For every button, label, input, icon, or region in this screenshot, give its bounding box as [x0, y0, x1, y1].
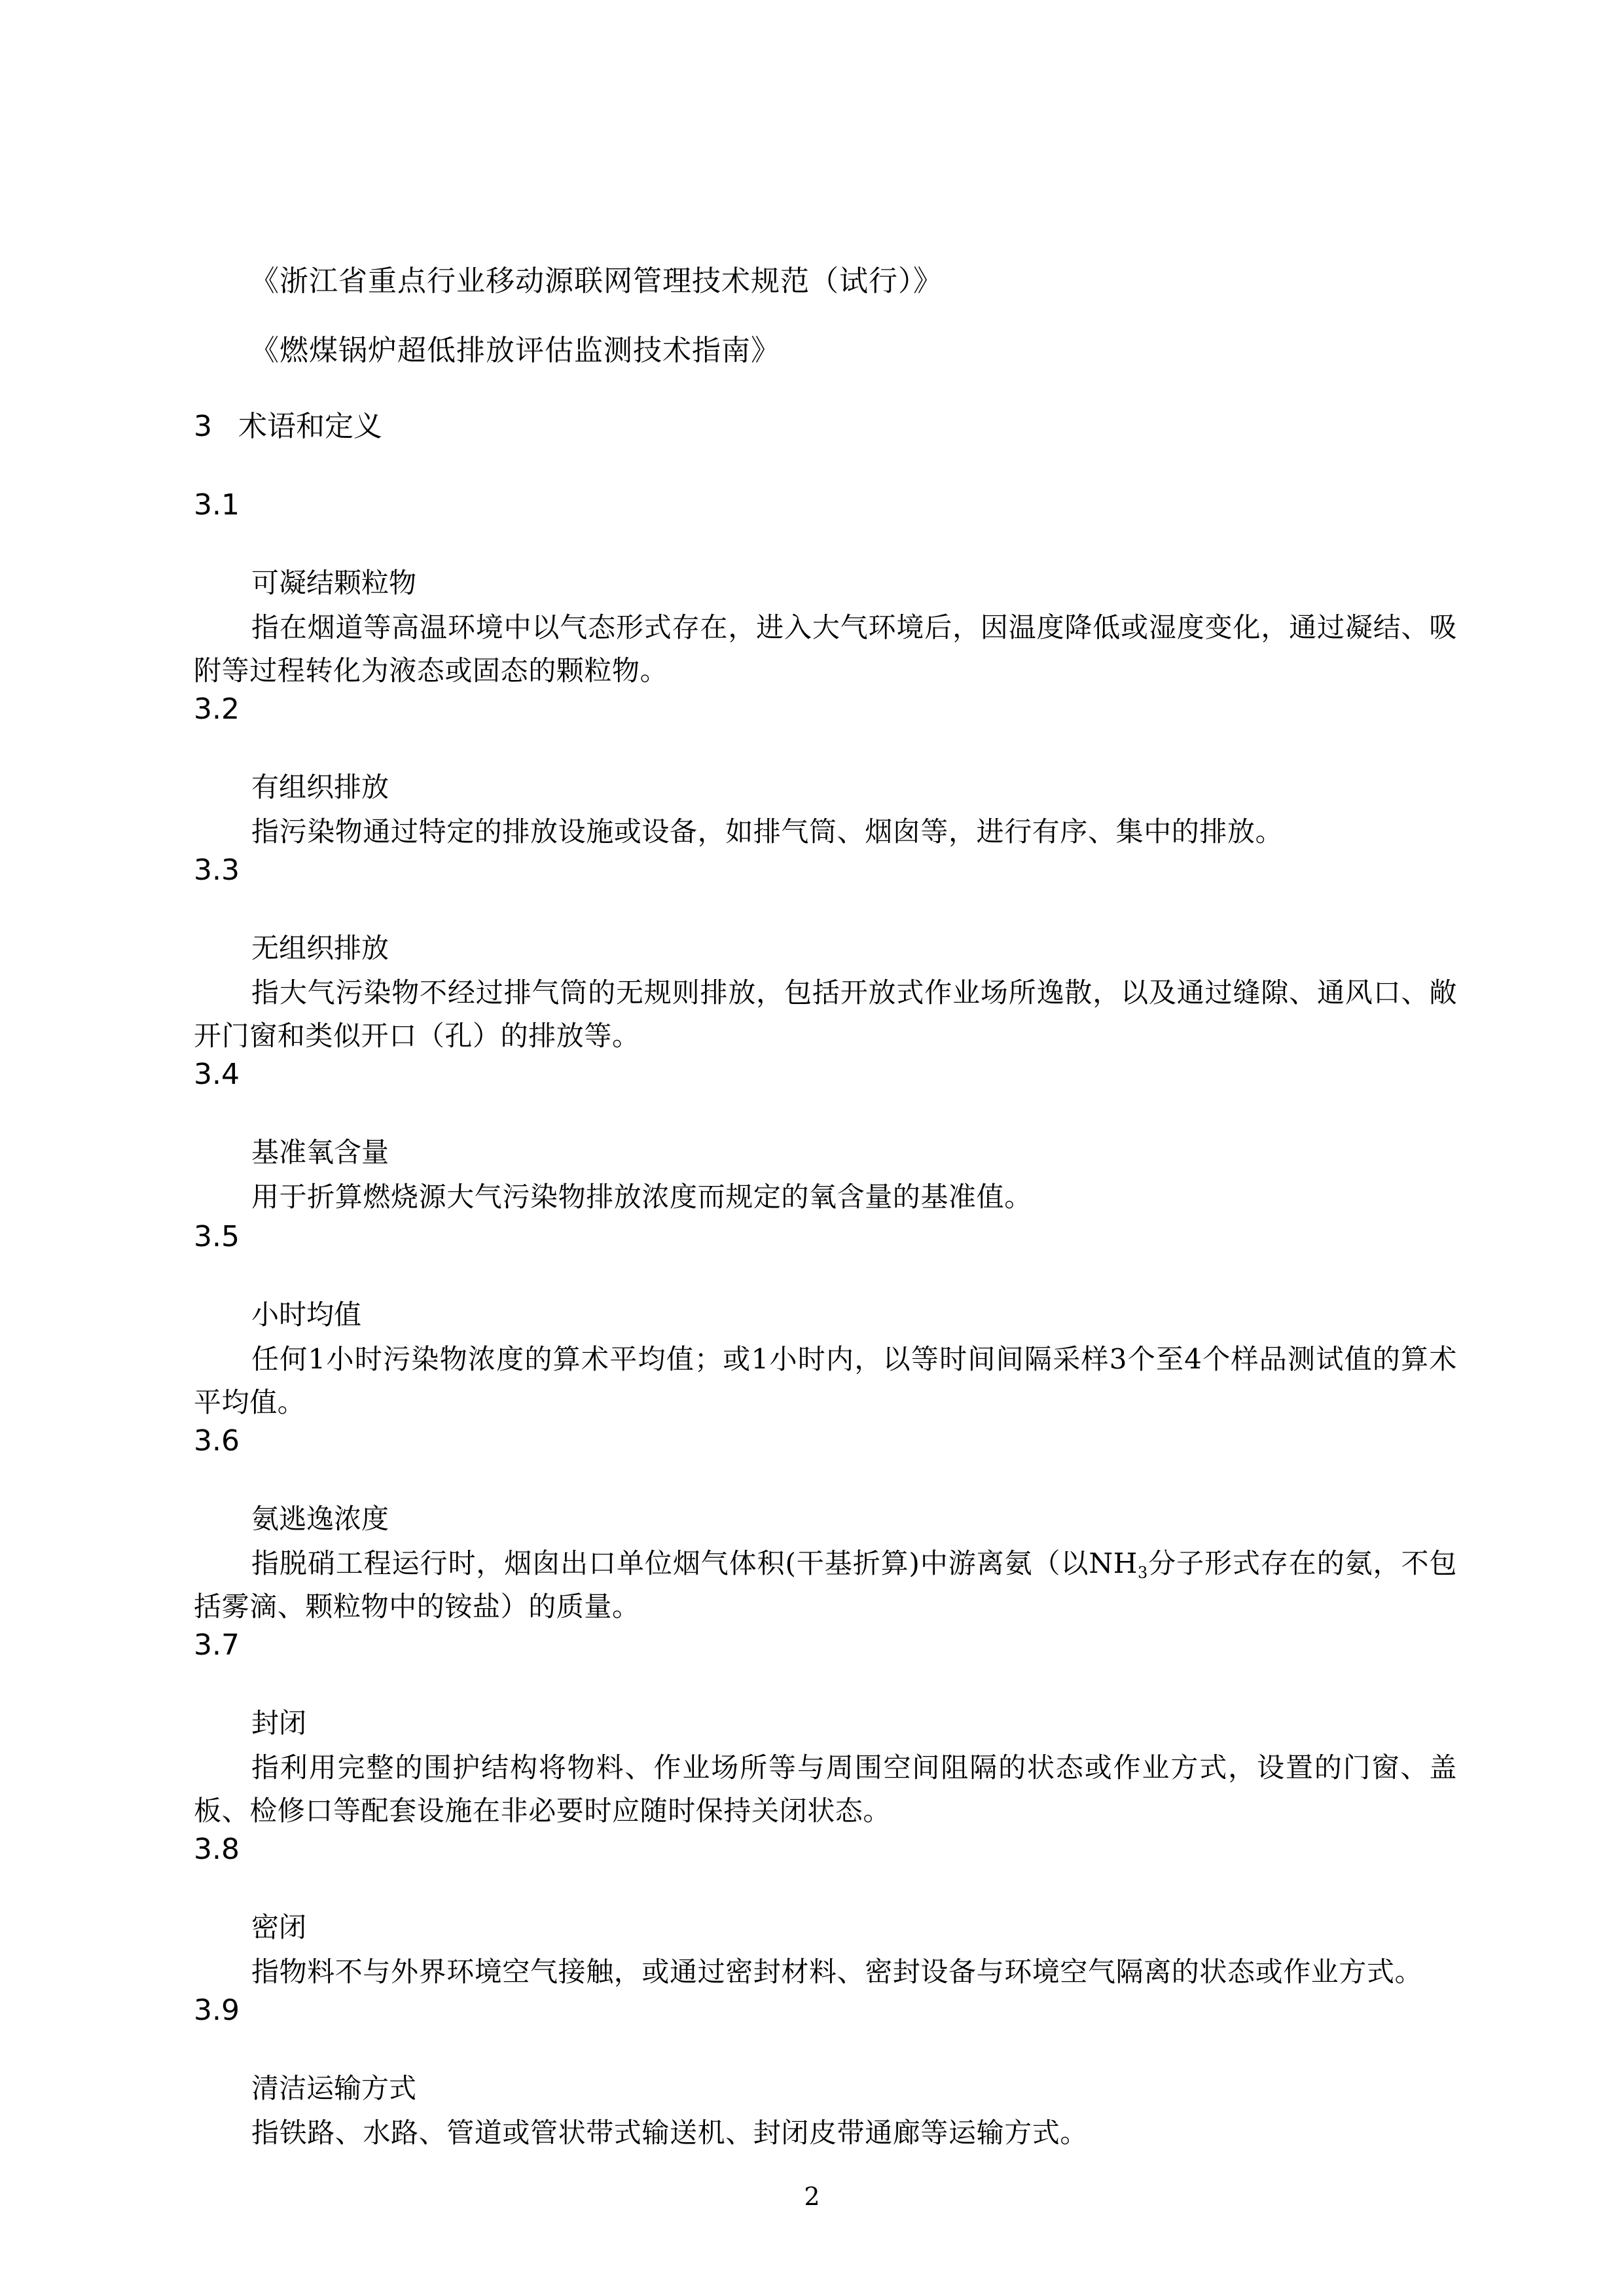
term-name: 封闭 [194, 1706, 1457, 1741]
document-page: 《浙江省重点行业移动源联网管理技术规范（试行）》 《燃煤锅炉超低排放评估监测技术… [0, 0, 1624, 2296]
section-number: 3.1 [194, 487, 1457, 524]
term-name: 清洁运输方式 [194, 2071, 1457, 2106]
section-number: 3.5 [194, 1219, 1457, 1255]
term-name: 可凝结颗粒物 [194, 565, 1457, 601]
section-number: 3.7 [194, 1627, 1457, 1664]
section-3-1: 3.1 可凝结颗粒物 指在烟道等高温环境中以气态形式存在，进入大气环境后，因温度… [194, 487, 1457, 692]
section-3-7: 3.7 封闭 指利用完整的围护结构将物料、作业场所等与周围空间阻隔的状态或作业方… [194, 1627, 1457, 1833]
section-number: 3.3 [194, 852, 1457, 889]
term-definition: 指物料不与外界环境空气接触，或通过密封材料、密封设备与环境空气隔离的状态或作业方… [194, 1950, 1457, 1994]
term-definition: 指污染物通过特定的排放设施或设备，如排气筒、烟囱等，进行有序、集中的排放。 [194, 810, 1457, 853]
section-number: 3.9 [194, 1992, 1457, 2029]
section-3-2: 3.2 有组织排放 指污染物通过特定的排放设施或设备，如排气筒、烟囱等，进行有序… [194, 691, 1457, 853]
reference-standard-2: 《燃煤锅炉超低排放评估监测技术指南》 [250, 332, 780, 369]
term-name: 无组织排放 [194, 931, 1457, 966]
term-definition: 指铁路、水路、管道或管状带式输送机、封闭皮带通廊等运输方式。 [194, 2111, 1457, 2155]
chapter-title: 术语和定义 [238, 410, 382, 443]
term-definition: 指利用完整的围护结构将物料、作业场所等与周围空间阻隔的状态或作业方式，设置的门窗… [194, 1746, 1457, 1833]
section-3-9: 3.9 清洁运输方式 指铁路、水路、管道或管状带式输送机、封闭皮带通廊等运输方式… [194, 1992, 1457, 2155]
section-number: 3.4 [194, 1056, 1457, 1093]
term-name: 有组织排放 [194, 770, 1457, 805]
section-3-8: 3.8 密闭 指物料不与外界环境空气接触，或通过密封材料、密封设备与环境空气隔离… [194, 1831, 1457, 1994]
section-3-6: 3.6 氨逃逸浓度 指脱硝工程运行时，烟囱出口单位烟气体积(干基折算)中游离氨（… [194, 1423, 1457, 1628]
reference-standard-1: 《浙江省重点行业移动源联网管理技术规范（试行）》 [250, 263, 943, 300]
definition-text-before: 指脱硝工程运行时，烟囱出口单位烟气体积(干基折算)中游离氨（以NH [251, 1547, 1138, 1579]
term-name: 基准氧含量 [194, 1135, 1457, 1170]
section-number: 3.8 [194, 1831, 1457, 1868]
section-number: 3.2 [194, 691, 1457, 728]
chapter-heading: 3术语和定义 [194, 408, 382, 445]
term-definition: 用于折算燃烧源大气污染物排放浓度而规定的氧含量的基准值。 [194, 1175, 1457, 1219]
section-3-4: 3.4 基准氧含量 用于折算燃烧源大气污染物排放浓度而规定的氧含量的基准值。 [194, 1056, 1457, 1219]
section-3-5: 3.5 小时均值 任何1小时污染物浓度的算术平均值；或1小时内，以等时间间隔采样… [194, 1219, 1457, 1424]
term-definition: 指大气污染物不经过排气筒的无规则排放，包括开放式作业场所逸散，以及通过缝隙、通风… [194, 971, 1457, 1058]
term-name: 小时均值 [194, 1297, 1457, 1333]
section-number: 3.6 [194, 1423, 1457, 1460]
subscript-3: 3 [1138, 1564, 1148, 1582]
term-definition: 任何1小时污染物浓度的算术平均值；或1小时内，以等时间间隔采样3个至4个样品测试… [194, 1338, 1457, 1424]
chapter-number: 3 [194, 408, 238, 445]
page-number: 2 [0, 2181, 1624, 2212]
section-3-3: 3.3 无组织排放 指大气污染物不经过排气筒的无规则排放，包括开放式作业场所逸散… [194, 852, 1457, 1058]
term-name: 氨逃逸浓度 [194, 1501, 1457, 1537]
term-name: 密闭 [194, 1910, 1457, 1945]
term-definition: 指在烟道等高温环境中以气态形式存在，进入大气环境后，因温度降低或湿度变化，通过凝… [194, 606, 1457, 692]
term-definition: 指脱硝工程运行时，烟囱出口单位烟气体积(干基折算)中游离氨（以NH3分子形式存在… [194, 1542, 1457, 1628]
